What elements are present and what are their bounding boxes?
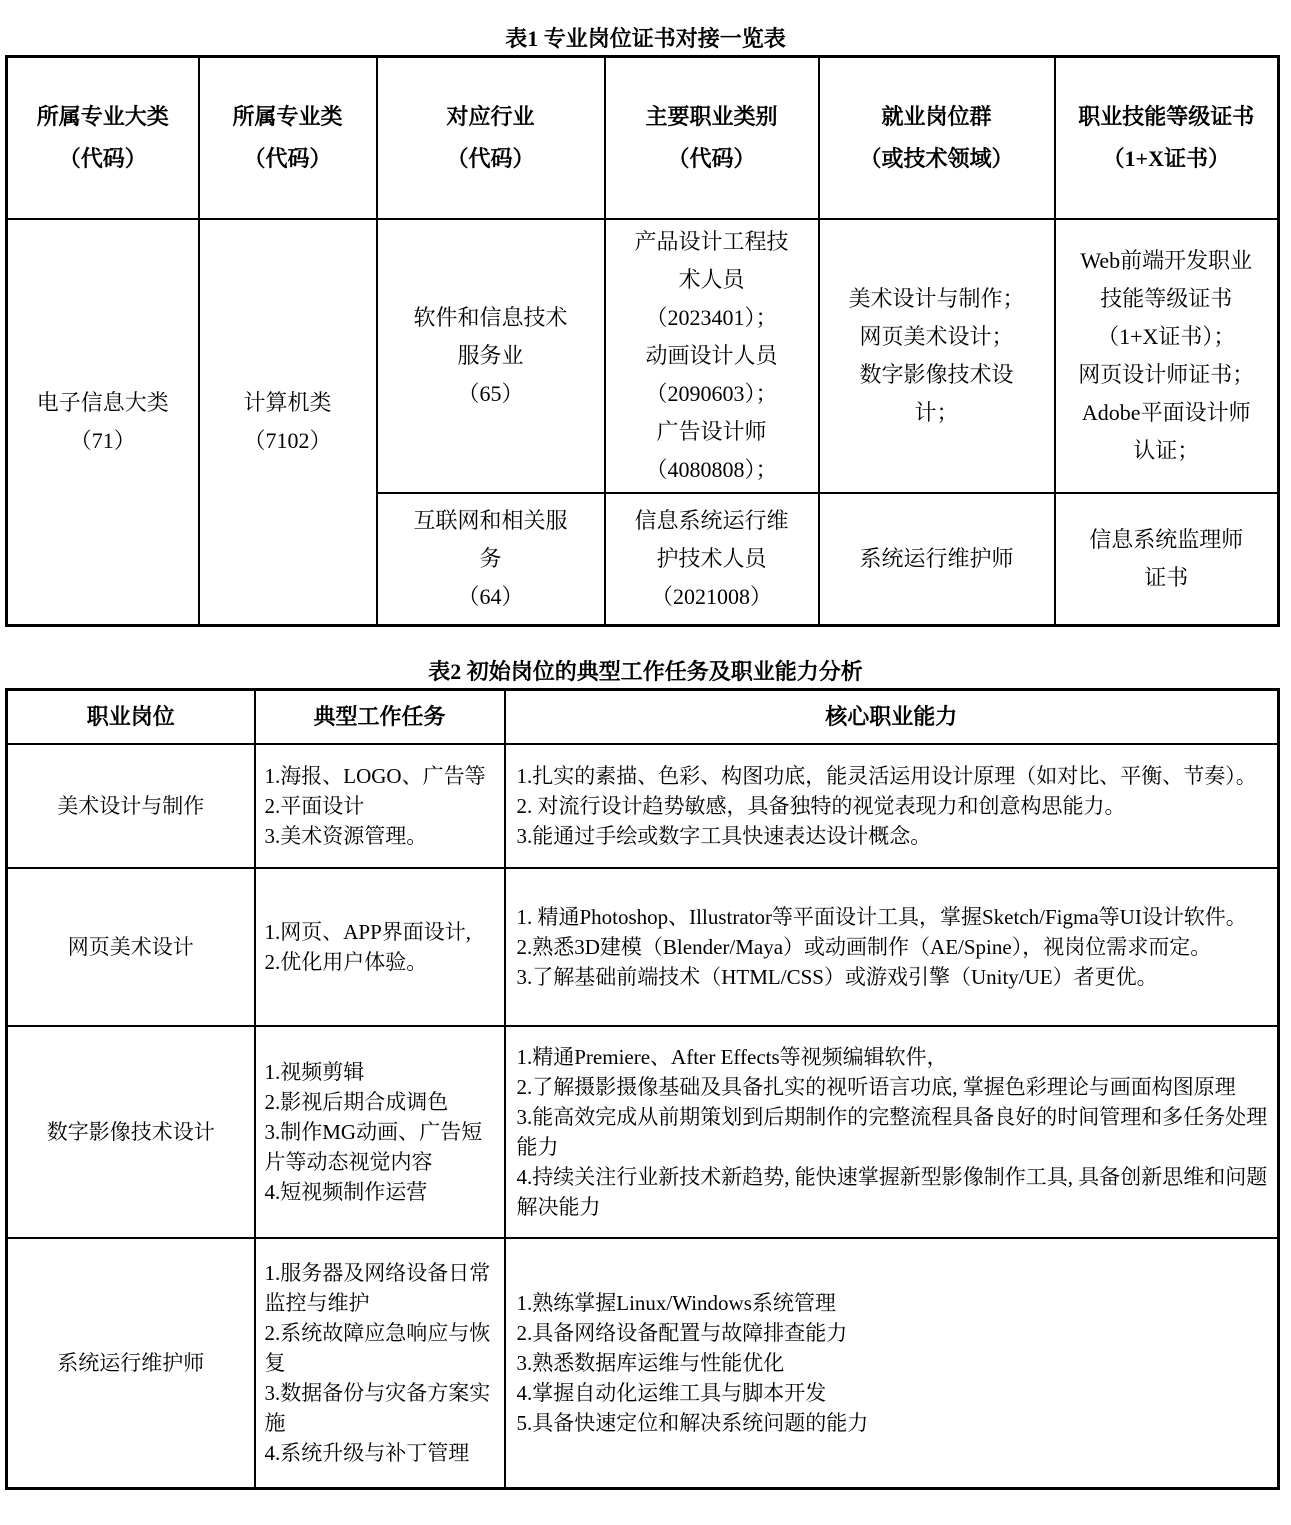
table1-cell-certificates-design: Web前端开发职业 技能等级证书 （1+X证书）； 网页设计师证书； Adobe… xyxy=(1055,219,1279,493)
table1-cell-industry-software: 软件和信息技术 服务业 （65） xyxy=(377,219,605,493)
table2-cell-abilities-digital-imaging: 1.精通Premiere、After Effects等视频编辑软件， 2.了解摄… xyxy=(505,1026,1279,1238)
table1-certificate-mapping: 所属专业大类 （代码） 所属专业类 （代码） 对应行业 （代码） 主要职业类别 … xyxy=(5,55,1280,627)
table2-cell-tasks-digital-imaging: 1.视频剪辑 2.影视后期合成调色 3.制作MG动画、广告短片等动态视觉内容 4… xyxy=(255,1026,505,1238)
table1-header-certificates: 职业技能等级证书 （1+X证书） xyxy=(1055,57,1279,220)
table2-cell-tasks-web-art: 1.网页、APP界面设计, 2.优化用户体验。 xyxy=(255,868,505,1026)
table1-cell-occupations-design: 产品设计工程技 术人员 （2023401）； 动画设计人员 （2090603）；… xyxy=(605,219,819,493)
table2-row-digital-imaging: 数字影像技术设计 1.视频剪辑 2.影视后期合成调色 3.制作MG动画、广告短片… xyxy=(7,1026,1279,1238)
table1-cell-job-groups-ops: 系统运行维护师 xyxy=(819,493,1055,626)
table1-header-row: 所属专业大类 （代码） 所属专业类 （代码） 对应行业 （代码） 主要职业类别 … xyxy=(7,57,1279,220)
table2-header-row: 职业岗位 典型工作任务 核心职业能力 xyxy=(7,690,1279,745)
table2-cell-abilities-web-art: 1. 精通Photoshop、Illustrator等平面设计工具，掌握Sket… xyxy=(505,868,1279,1026)
table1-cell-job-groups-design: 美术设计与制作； 网页美术设计； 数字影像技术设 计； xyxy=(819,219,1055,493)
table2-title: 表2 初始岗位的典型工作任务及职业能力分析 xyxy=(0,659,1291,685)
table2-cell-position-digital-imaging: 数字影像技术设计 xyxy=(7,1026,255,1238)
table1-title: 表1 专业岗位证书对接一览表 xyxy=(0,0,1291,52)
table1-cell-industry-internet: 互联网和相关服 务 （64） xyxy=(377,493,605,626)
table1-cell-occupations-ops: 信息系统运行维 护技术人员 （2021008） xyxy=(605,493,819,626)
table2-header-position: 职业岗位 xyxy=(7,690,255,745)
table2-row-system-ops: 系统运行维护师 1.服务器及网络设备日常监控与维护 2.系统故障应急响应与恢复 … xyxy=(7,1238,1279,1489)
table2-cell-abilities-system-ops: 1.熟练掌握Linux/Windows系统管理 2.具备网络设备配置与故障排查能… xyxy=(505,1238,1279,1489)
table2-header-tasks: 典型工作任务 xyxy=(255,690,505,745)
table1-header-major-category: 所属专业大类 （代码） xyxy=(7,57,199,220)
table2-cell-position-art-design: 美术设计与制作 xyxy=(7,744,255,868)
table1-header-industry: 对应行业 （代码） xyxy=(377,57,605,220)
table1-cell-major-category: 电子信息大类 （71） xyxy=(7,219,199,626)
table1-header-job-groups: 就业岗位群 （或技术领域） xyxy=(819,57,1055,220)
table2-cell-tasks-system-ops: 1.服务器及网络设备日常监控与维护 2.系统故障应急响应与恢复 3.数据备份与灾… xyxy=(255,1238,505,1489)
table2-cell-abilities-art-design: 1.扎实的素描、色彩、构图功底，能灵活运用设计原理（如对比、平衡、节奏）。 2.… xyxy=(505,744,1279,868)
table2-cell-position-web-art: 网页美术设计 xyxy=(7,868,255,1026)
table1-header-occupation-category: 主要职业类别 （代码） xyxy=(605,57,819,220)
table2-cell-tasks-art-design: 1.海报、LOGO、广告等 2.平面设计 3.美术资源管理。 xyxy=(255,744,505,868)
table2-row-web-art: 网页美术设计 1.网页、APP界面设计, 2.优化用户体验。 1. 精通Phot… xyxy=(7,868,1279,1026)
table1-cell-certificates-ops: 信息系统监理师 证书 xyxy=(1055,493,1279,626)
table2-cell-position-system-ops: 系统运行维护师 xyxy=(7,1238,255,1489)
table2-header-abilities: 核心职业能力 xyxy=(505,690,1279,745)
table1-header-class-category: 所属专业类 （代码） xyxy=(199,57,377,220)
table1-row-software-services: 电子信息大类 （71） 计算机类 （7102） 软件和信息技术 服务业 （65）… xyxy=(7,219,1279,493)
table2-row-art-design: 美术设计与制作 1.海报、LOGO、广告等 2.平面设计 3.美术资源管理。 1… xyxy=(7,744,1279,868)
table1-cell-class-category: 计算机类 （7102） xyxy=(199,219,377,626)
table2-task-ability-analysis: 职业岗位 典型工作任务 核心职业能力 美术设计与制作 1.海报、LOGO、广告等… xyxy=(5,688,1280,1490)
